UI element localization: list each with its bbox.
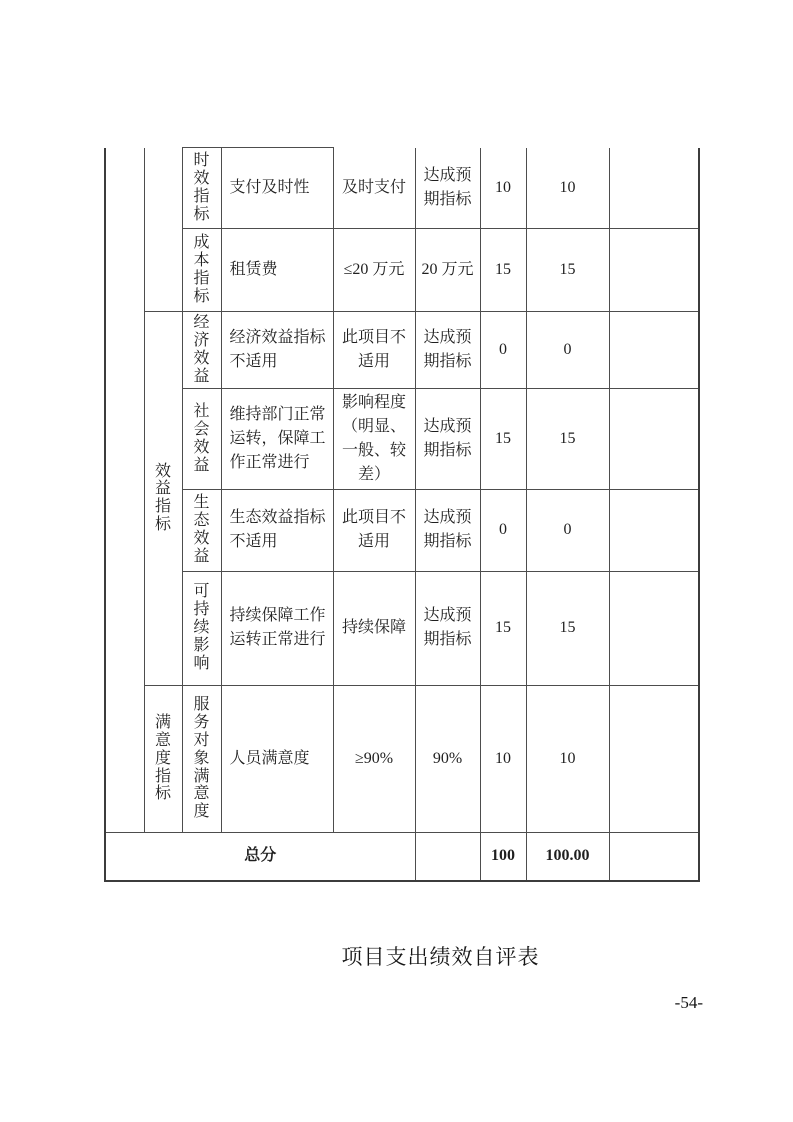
cell-indicator-name: 生态效益指标不适用 <box>221 489 333 571</box>
total-row: 总分 100 100.00 <box>105 832 699 881</box>
page-number: -54- <box>675 993 703 1013</box>
cell-subcategory: 经济效益 <box>182 312 221 389</box>
cell-notes <box>609 148 699 229</box>
cell-target: 此项目不适用 <box>333 312 415 389</box>
group-label: 效益指标 <box>155 463 172 535</box>
table-row: 社会效益 维持部门正常运转，保障工作正常进行 影响程度（明显、一般、较差） 达成… <box>105 388 699 489</box>
cell-total-weight: 100 <box>480 832 526 881</box>
cell-actual: 20 万元 <box>415 229 480 312</box>
cell-target: 此项目不适用 <box>333 489 415 571</box>
cell-indicator-name: 支付及时性 <box>221 148 333 229</box>
subcategory-label: 经济效益 <box>193 314 210 386</box>
cell-score: 15 <box>526 229 609 312</box>
table-row: 可持续影响 持续保障工作运转正常进行 持续保障 达成预期指标 15 15 <box>105 571 699 685</box>
cell-score: 0 <box>526 489 609 571</box>
cell-weight: 0 <box>480 489 526 571</box>
cell-target: 及时支付 <box>333 148 415 229</box>
table-row: 效益指标 经济效益 经济效益指标不适用 此项目不适用 达成预期指标 0 0 <box>105 312 699 389</box>
cell-subcategory: 可持续影响 <box>182 571 221 685</box>
cell-group-satisfaction: 满意度指标 <box>144 685 182 832</box>
cell-weight: 15 <box>480 388 526 489</box>
cell-target: 持续保障 <box>333 571 415 685</box>
cell-indicator-name: 持续保障工作运转正常进行 <box>221 571 333 685</box>
subcategory-label: 可持续影响 <box>193 583 210 673</box>
cell-target: 影响程度（明显、一般、较差） <box>333 388 415 489</box>
cell-target: ≤20 万元 <box>333 229 415 312</box>
cell-total-score: 100.00 <box>526 832 609 881</box>
cell-group-benefit: 效益指标 <box>144 312 182 686</box>
cell-notes <box>609 571 699 685</box>
cell-score: 15 <box>526 571 609 685</box>
cell-subcategory: 成本指标 <box>182 229 221 312</box>
cell-notes <box>609 229 699 312</box>
cell-notes <box>609 489 699 571</box>
performance-indicator-table: 时效指标 支付及时性 及时支付 达成预期指标 10 10 成本指标 租赁费 ≤2… <box>104 147 700 882</box>
cell-subcategory: 时效指标 <box>182 148 221 229</box>
cell-actual: 90% <box>415 685 480 832</box>
cell-actual: 达成预期指标 <box>415 148 480 229</box>
cell-subcategory: 生态效益 <box>182 489 221 571</box>
cell-score: 0 <box>526 312 609 389</box>
document-page: 时效指标 支付及时性 及时支付 达成预期指标 10 10 成本指标 租赁费 ≤2… <box>0 0 793 1122</box>
cell-notes <box>609 685 699 832</box>
subcategory-label: 时效指标 <box>193 152 210 224</box>
cell-weight: 15 <box>480 571 526 685</box>
cell-subcategory: 社会效益 <box>182 388 221 489</box>
subcategory-label: 社会效益 <box>193 403 210 475</box>
cell-total-notes <box>609 832 699 881</box>
table-row: 时效指标 支付及时性 及时支付 达成预期指标 10 10 <box>105 148 699 229</box>
cell-notes <box>609 312 699 389</box>
cell-group-continued <box>144 148 182 312</box>
cell-weight: 15 <box>480 229 526 312</box>
cell-target: ≥90% <box>333 685 415 832</box>
cell-weight: 10 <box>480 685 526 832</box>
cell-notes <box>609 388 699 489</box>
cell-indicator-name: 经济效益指标不适用 <box>221 312 333 389</box>
cell-subcategory: 服务对象满意度 <box>182 685 221 832</box>
cell-actual: 达成预期指标 <box>415 312 480 389</box>
subcategory-label: 生态效益 <box>193 494 210 566</box>
table-row: 满意度指标 服务对象满意度 人员满意度 ≥90% 90% 10 10 <box>105 685 699 832</box>
cell-category-continued <box>105 148 144 833</box>
subcategory-label: 服务对象满意度 <box>193 696 210 821</box>
cell-indicator-name: 维持部门正常运转，保障工作正常进行 <box>221 388 333 489</box>
group-label: 满意度指标 <box>155 714 172 804</box>
table-row: 成本指标 租赁费 ≤20 万元 20 万元 15 15 <box>105 229 699 312</box>
cell-weight: 10 <box>480 148 526 229</box>
cell-actual: 达成预期指标 <box>415 571 480 685</box>
table-row: 生态效益 生态效益指标不适用 此项目不适用 达成预期指标 0 0 <box>105 489 699 571</box>
subcategory-label: 成本指标 <box>193 234 210 306</box>
cell-weight: 0 <box>480 312 526 389</box>
cell-score: 10 <box>526 685 609 832</box>
cell-actual: 达成预期指标 <box>415 489 480 571</box>
cell-indicator-name: 人员满意度 <box>221 685 333 832</box>
cell-score: 15 <box>526 388 609 489</box>
next-table-title: 项目支出绩效自评表 <box>88 941 793 971</box>
cell-total-label: 总分 <box>105 832 415 881</box>
cell-total-actual <box>415 832 480 881</box>
cell-actual: 达成预期指标 <box>415 388 480 489</box>
cell-score: 10 <box>526 148 609 229</box>
cell-indicator-name: 租赁费 <box>221 229 333 312</box>
